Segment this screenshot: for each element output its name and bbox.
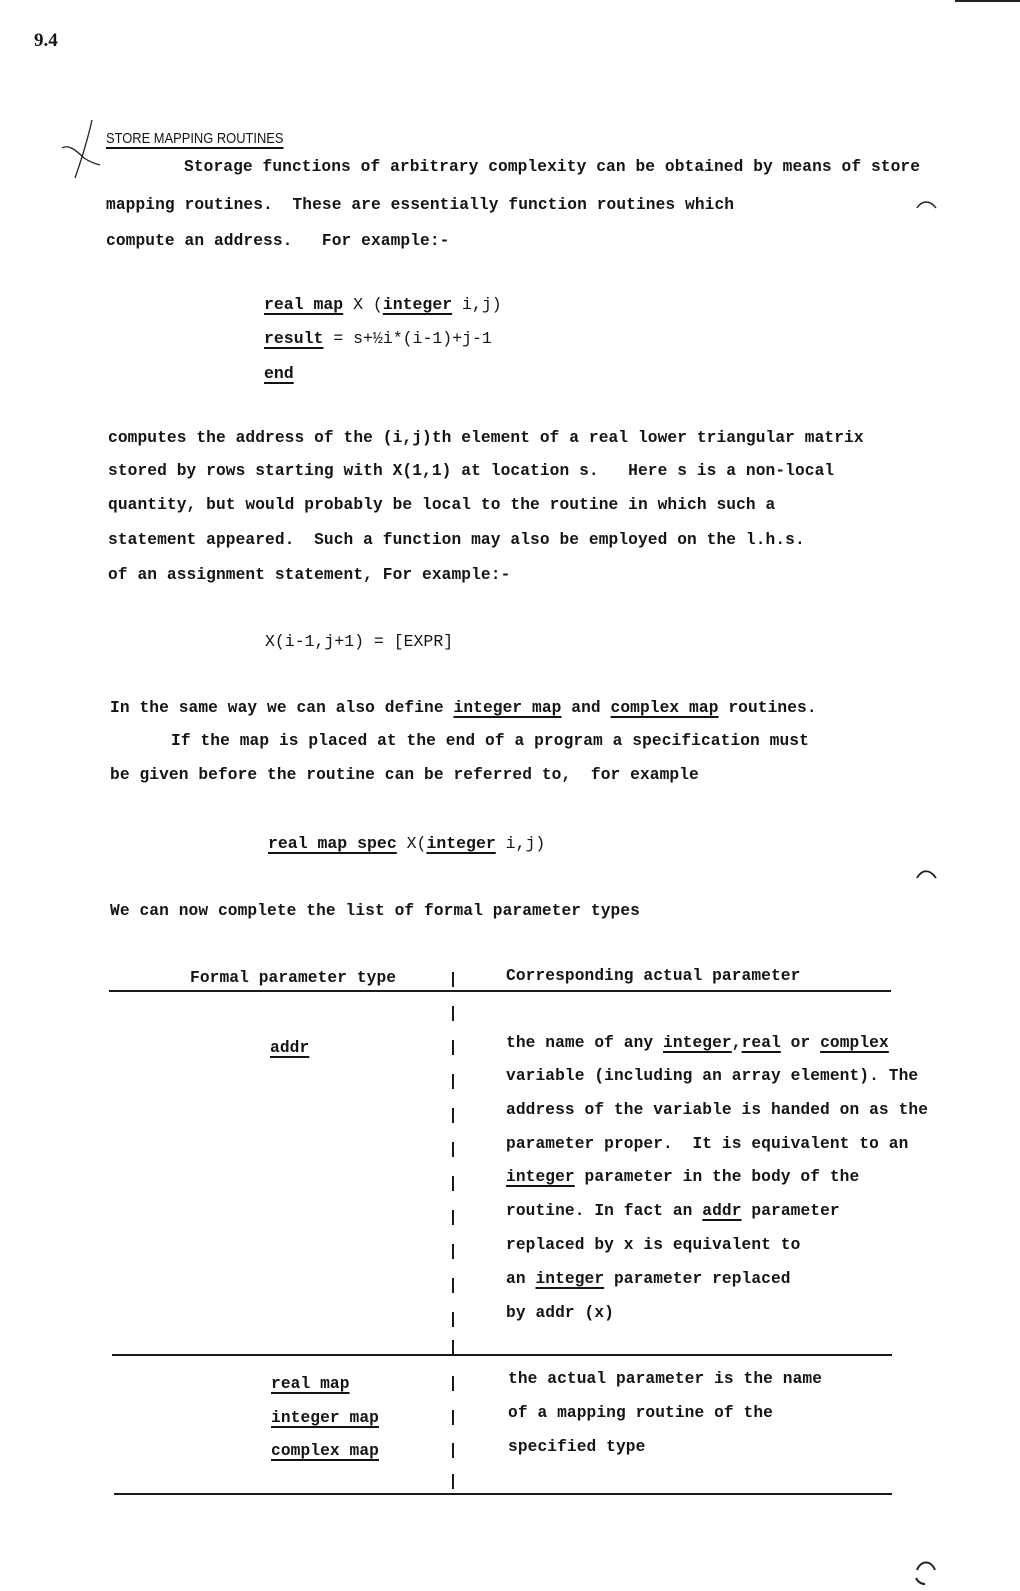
code-line-end: end <box>264 364 294 384</box>
keyword: real map spec <box>268 834 397 853</box>
intro-line-2: mapping routines. These are essentially … <box>106 195 734 215</box>
table-cell-formal-addr: addr <box>270 1038 309 1058</box>
punch-hole-arc-icon <box>915 198 939 212</box>
table-header-formal: Formal parameter type <box>190 968 396 988</box>
row-rule <box>112 1354 892 1356</box>
explanation-line-2: stored by rows starting with X(1,1) at l… <box>108 461 834 481</box>
column-divider <box>452 1176 454 1191</box>
table-cell-formal-real-map: real map <box>271 1374 350 1394</box>
keyword: real <box>742 1034 781 1052</box>
keyword: addr <box>702 1202 741 1220</box>
page-number: 9.4 <box>34 30 58 52</box>
keyword: integer <box>426 834 495 853</box>
column-divider <box>452 1142 454 1157</box>
table-cell-actual-line: parameter proper. It is equivalent to an <box>506 1134 908 1154</box>
keyword: integer <box>663 1034 732 1052</box>
table-cell-actual-line: integer parameter in the body of the <box>506 1167 859 1187</box>
column-divider <box>452 1278 454 1293</box>
keyword: complex <box>820 1034 889 1052</box>
table-cell-actual-line: routine. In fact an addr parameter <box>506 1201 840 1221</box>
keyword: integer <box>535 1270 604 1288</box>
code-line-map-declaration: real map X (integer i,j) <box>264 295 502 315</box>
table-bottom-rule <box>114 1493 892 1495</box>
punch-hole-arc-icon <box>915 866 939 882</box>
scan-edge-rule <box>955 0 1020 2</box>
keyword: complex map <box>611 699 719 717</box>
same-way-line: In the same way we can also define integ… <box>110 698 817 718</box>
column-divider <box>452 1108 454 1123</box>
table-cell-actual-line: replaced by x is equivalent to <box>506 1235 800 1255</box>
header-rule <box>109 990 891 992</box>
column-divider <box>452 1244 454 1259</box>
explanation-line-1: computes the address of the (i,j)th elem… <box>108 428 864 448</box>
table-cell-actual-line: address of the variable is handed on as … <box>506 1100 928 1120</box>
column-divider <box>452 1040 454 1055</box>
keyword: integer <box>506 1168 575 1186</box>
keyword: integer <box>383 295 452 314</box>
explanation-line-5: of an assignment statement, For example:… <box>108 565 510 585</box>
punch-hole-arc-icon <box>913 1558 941 1586</box>
table-cell-actual-line: the name of any integer,real or complex <box>506 1033 889 1053</box>
table-cell-actual-line: the actual parameter is the name <box>508 1369 822 1389</box>
intro-line-1: Storage functions of arbitrary complexit… <box>184 157 920 177</box>
column-divider <box>452 1340 454 1355</box>
column-divider <box>452 972 454 987</box>
keyword: integer map <box>454 699 562 717</box>
keyword: result <box>264 329 323 348</box>
column-divider <box>452 1006 454 1021</box>
column-divider <box>452 1074 454 1089</box>
table-cell-actual-line: variable (including an array element). T… <box>506 1066 918 1086</box>
table-cell-actual-line: of a mapping routine of the <box>508 1403 773 1423</box>
section-heading: STORE MAPPING ROUTINES <box>106 130 284 147</box>
handwritten-cross-icon <box>58 118 108 180</box>
keyword: real map <box>264 295 343 314</box>
column-divider <box>452 1210 454 1225</box>
keyword: end <box>264 364 294 383</box>
code-line-map-spec: real map spec X(integer i,j) <box>268 834 545 854</box>
spec-line-1: If the map is placed at the end of a pro… <box>171 731 809 751</box>
explanation-line-3: quantity, but would probably be local to… <box>108 495 775 515</box>
column-divider <box>452 1443 454 1458</box>
code-line-result: result = s+½i*(i-1)+j-1 <box>264 329 492 349</box>
table-cell-actual-line: specified type <box>508 1437 645 1457</box>
column-divider <box>452 1312 454 1327</box>
table-header-actual: Corresponding actual parameter <box>506 966 800 986</box>
list-intro: We can now complete the list of formal p… <box>110 901 640 921</box>
table-cell-actual-line: by addr (x) <box>506 1303 614 1323</box>
table-cell-actual-line: an integer parameter replaced <box>506 1269 791 1289</box>
spec-line-2: be given before the routine can be refer… <box>110 765 699 785</box>
code-line-assignment: X(i-1,j+1) = [EXPR] <box>265 632 453 652</box>
column-divider <box>452 1474 454 1489</box>
explanation-line-4: statement appeared. Such a function may … <box>108 530 805 550</box>
column-divider <box>452 1410 454 1425</box>
table-cell-formal-integer-map: integer map <box>271 1408 379 1428</box>
intro-line-3: compute an address. For example:- <box>106 231 450 251</box>
table-cell-formal-complex-map: complex map <box>271 1441 379 1461</box>
column-divider <box>452 1376 454 1391</box>
